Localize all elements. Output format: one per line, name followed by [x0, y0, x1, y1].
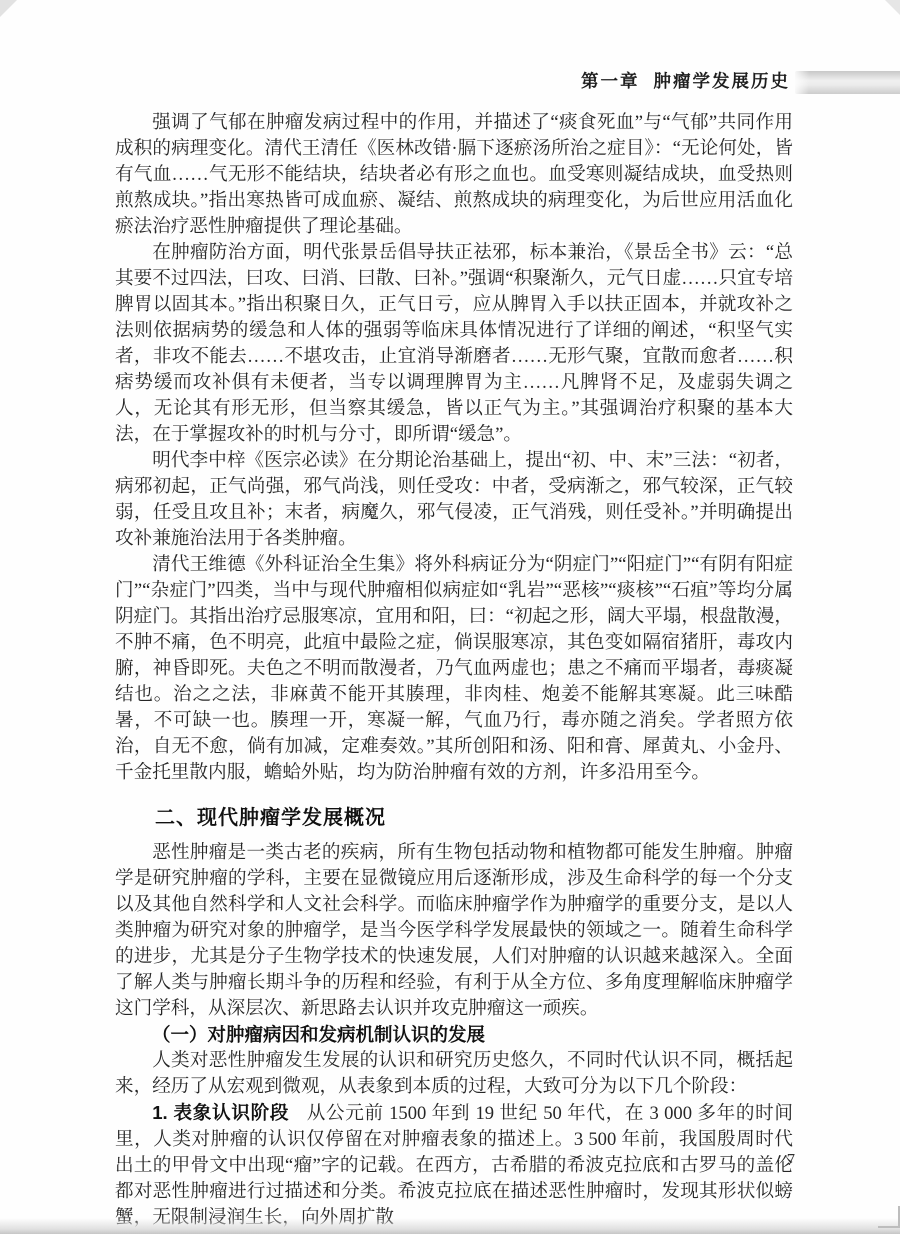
page-number: 7	[787, 1150, 795, 1170]
paragraph-1: 强调了气郁在肿瘤发病过程中的作用，并描述了“痰食死血”与“气郁”共同作用成积的病…	[115, 110, 793, 240]
chapter-title: 肿瘤学发展历史	[654, 71, 791, 91]
book-page: 第一章肿瘤学发展历史 强调了气郁在肿瘤发病过程中的作用，并描述了“痰食死血”与“…	[0, 0, 900, 1234]
paragraph-2: 在肿瘤防治方面，明代张景岳倡导扶正祛邪，标本兼治，《景岳全书》云：“总其要不过四…	[115, 240, 793, 448]
section-heading: 二、现代肿瘤学发展概况	[115, 804, 793, 832]
scan-corner-mark-top-left-icon	[0, 0, 17, 17]
paragraph-4: 清代王维德《外科证治全生集》将外科病证分为“阴症门”“阳症门”“有阴有阳症门”“…	[115, 552, 793, 786]
page-body: 强调了气郁在肿瘤发病过程中的作用，并描述了“痰食死血”与“气郁”共同作用成积的病…	[115, 110, 793, 1231]
paragraph-3: 明代李中梓《医宗必读》在分期论治基础上，提出“初、中、末”三法：“初者，病邪初起…	[115, 448, 793, 552]
scan-corner-mark-top-right-icon	[885, 0, 900, 15]
paragraph-6: 人类对恶性肿瘤发生发展的认识和研究历史悠久，不同时代认识不同，概括起来，经历了从…	[115, 1048, 793, 1100]
paragraph-5: 恶性肿瘤是一类古老的疾病，所有生物包括动物和植物都可能发生肿瘤。肿瘤学是研究肿瘤…	[115, 840, 793, 1022]
scan-corner-mark-bottom-right-icon	[878, 1206, 900, 1228]
paragraph-7: 1. 表象认识阶段从公元前 1500 年到 19 世纪 50 年代，在 3 00…	[115, 1100, 793, 1231]
stage-title: 1. 表象认识阶段	[152, 1102, 289, 1123]
subsection-heading: （一）对肿瘤病因和发病机制认识的发展	[115, 1022, 793, 1048]
running-header: 第一章肿瘤学发展历史	[0, 64, 900, 98]
header-decoration-bar	[795, 71, 900, 94]
scan-edge-shadow	[0, 1218, 900, 1234]
chapter-label: 第一章	[581, 71, 640, 91]
running-header-text: 第一章肿瘤学发展历史	[581, 68, 790, 93]
